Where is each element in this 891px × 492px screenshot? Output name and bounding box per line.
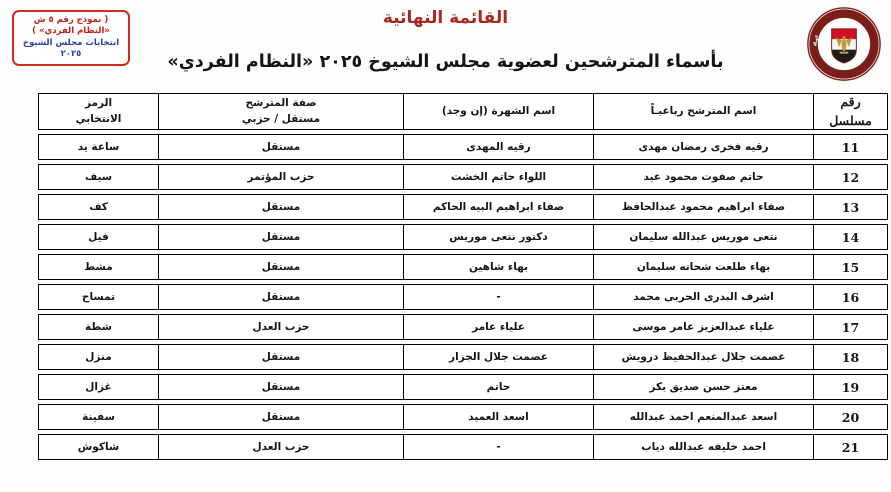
cell-serial: 21	[813, 435, 887, 459]
cell-known-as: حاتم	[403, 375, 593, 399]
cell-known-as: -	[403, 285, 593, 309]
cell-serial: 19	[813, 375, 887, 399]
table-row: 16 اشرف البدرى الحربى محمد - مستقل تمساح	[38, 284, 888, 310]
cell-known-as: بهاء شاهين	[403, 255, 593, 279]
cell-affiliation: مستقل	[158, 285, 403, 309]
cell-candidate-name: عصمت جلال عبدالحفيظ درويش	[593, 345, 813, 369]
col-header-affiliation: صفة المترشح مستقل / حزبي	[158, 94, 403, 129]
col-header-candidate-name: اسم المترشح رباعيـاً	[593, 94, 813, 129]
cell-serial: 15	[813, 255, 887, 279]
table-row: 11 رقيه فخرى رمضان مهدى رقيه المهدى مستق…	[38, 134, 888, 160]
cell-electoral-symbol: فيل	[39, 225, 158, 249]
table-row: 14 نتعى موريس عبدالله سليمان دكتور نتعى …	[38, 224, 888, 250]
cell-electoral-symbol: منزل	[39, 345, 158, 369]
cell-candidate-name: نتعى موريس عبدالله سليمان	[593, 225, 813, 249]
cell-serial: 18	[813, 345, 887, 369]
page-title: القائمة النهائية	[0, 8, 891, 28]
cell-known-as: -	[403, 435, 593, 459]
cell-affiliation: مستقل	[158, 135, 403, 159]
cell-affiliation: مستقل	[158, 195, 403, 219]
cell-candidate-name: اشرف البدرى الحربى محمد	[593, 285, 813, 309]
elections-authority-seal-icon: الهيئة الوطنية للانتخابات National Elect…	[806, 6, 882, 82]
table-row: 13 صفاء ابراهيم محمود عبدالحافظ صفاء ابر…	[38, 194, 888, 220]
cell-serial: 13	[813, 195, 887, 219]
cell-serial: 16	[813, 285, 887, 309]
table-row: 12 حاتم صفوت محمود عيد اللواء حاتم الخشت…	[38, 164, 888, 190]
cell-candidate-name: رقيه فخرى رمضان مهدى	[593, 135, 813, 159]
cell-affiliation: حزب العدل	[158, 435, 403, 459]
col-header-electoral-symbol: الرمز الانتخابي	[39, 94, 158, 129]
cell-known-as: اللواء حاتم الخشت	[403, 165, 593, 189]
cell-electoral-symbol: مشط	[39, 255, 158, 279]
cell-serial: 14	[813, 225, 887, 249]
cell-serial: 11	[813, 135, 887, 159]
table-header-row: رقم مسلسل اسم المترشح رباعيـاً اسم الشهر…	[38, 93, 888, 130]
cell-affiliation: حزب المؤتمر	[158, 165, 403, 189]
cell-affiliation: مستقل	[158, 345, 403, 369]
cell-known-as: رقيه المهدى	[403, 135, 593, 159]
candidates-table: رقم مسلسل اسم المترشح رباعيـاً اسم الشهر…	[38, 93, 888, 464]
table-row: 21 احمد خليفه عبدالله دياب - حزب العدل ش…	[38, 434, 888, 460]
cell-electoral-symbol: شطة	[39, 315, 158, 339]
cell-serial: 17	[813, 315, 887, 339]
table-row: 20 اسعد عبدالمنعم احمد عبدالله اسعد العم…	[38, 404, 888, 430]
cell-candidate-name: حاتم صفوت محمود عيد	[593, 165, 813, 189]
final-list-document: { "form_box": { "line1": "( نموذج رقم ٥ …	[0, 0, 891, 492]
cell-electoral-symbol: غزال	[39, 375, 158, 399]
page-subtitle: بأسماء المترشحين لعضوية مجلس الشيوخ ٢٠٢٥…	[0, 52, 891, 72]
cell-electoral-symbol: كف	[39, 195, 158, 219]
cell-candidate-name: اسعد عبدالمنعم احمد عبدالله	[593, 405, 813, 429]
table-row: 18 عصمت جلال عبدالحفيظ درويش عصمت جلال ا…	[38, 344, 888, 370]
cell-known-as: اسعد العميد	[403, 405, 593, 429]
cell-candidate-name: علياء عبدالعزيز عامر موسى	[593, 315, 813, 339]
cell-affiliation: مستقل	[158, 405, 403, 429]
table-row: 17 علياء عبدالعزيز عامر موسى علياء عامر …	[38, 314, 888, 340]
table-row: 19 معتز حسن صديق بكر حاتم مستقل غزال	[38, 374, 888, 400]
table-row: 15 بهاء طلعت شحاته سليمان بهاء شاهين مست…	[38, 254, 888, 280]
cell-electoral-symbol: سفينة	[39, 405, 158, 429]
cell-candidate-name: احمد خليفه عبدالله دياب	[593, 435, 813, 459]
cell-candidate-name: معتز حسن صديق بكر	[593, 375, 813, 399]
table-body: 11 رقيه فخرى رمضان مهدى رقيه المهدى مستق…	[38, 134, 888, 460]
cell-affiliation: مستقل	[158, 255, 403, 279]
col-header-known-as: اسم الشهرة (إن وجد)	[403, 94, 593, 129]
col-header-serial: رقم مسلسل	[813, 94, 887, 129]
cell-known-as: علياء عامر	[403, 315, 593, 339]
cell-electoral-symbol: ساعة يد	[39, 135, 158, 159]
cell-affiliation: مستقل	[158, 225, 403, 249]
cell-candidate-name: صفاء ابراهيم محمود عبدالحافظ	[593, 195, 813, 219]
cell-electoral-symbol: تمساح	[39, 285, 158, 309]
cell-known-as: عصمت جلال الجزار	[403, 345, 593, 369]
cell-affiliation: مستقل	[158, 375, 403, 399]
cell-serial: 20	[813, 405, 887, 429]
cell-known-as: دكتور نتعى موريس	[403, 225, 593, 249]
cell-electoral-symbol: شاكوش	[39, 435, 158, 459]
cell-electoral-symbol: سيف	[39, 165, 158, 189]
cell-known-as: صفاء ابراهيم البيه الحاكم	[403, 195, 593, 219]
cell-affiliation: حزب العدل	[158, 315, 403, 339]
cell-candidate-name: بهاء طلعت شحاته سليمان	[593, 255, 813, 279]
cell-serial: 12	[813, 165, 887, 189]
